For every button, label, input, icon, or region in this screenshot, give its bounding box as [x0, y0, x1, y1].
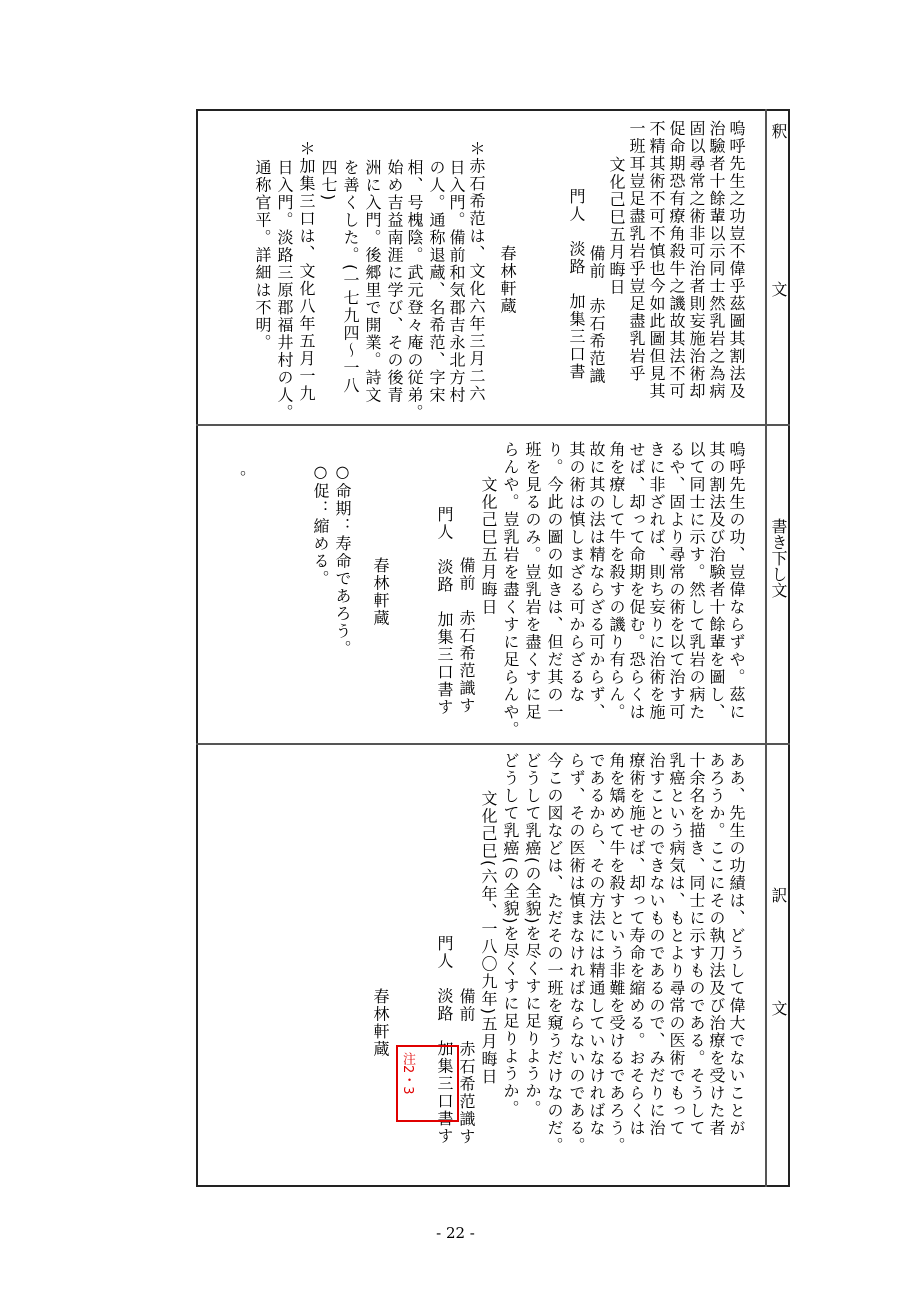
signature-line: 備前 赤石希范識す	[457, 557, 476, 715]
text-column: 以て同士に示す。然して乳岩の病た	[687, 441, 706, 721]
footnote-column: ＊加集三口は、文化八年五月一九	[297, 140, 316, 403]
text-column: 嗚呼先生之功豈不偉乎茲圖其割法及	[727, 120, 746, 400]
text-column: 十余名を描き、同士に示すものである。そうして	[687, 752, 706, 1137]
collection-mark: 春林軒蔵	[371, 988, 390, 1058]
text-column: 其の割法及び治験者十餘輩を圖し、	[707, 441, 726, 721]
footnote-column: の人。通称退蔵、名希范、字宋	[427, 159, 446, 404]
signature-line: 備前 赤石希范識す	[457, 988, 476, 1146]
annotation-note-label: 注2・3	[400, 1052, 414, 1095]
text-column: 嗚呼先生の功、豈偉ならずや。茲に	[727, 441, 746, 721]
signature-line: 備前 赤石希范識	[587, 245, 606, 385]
text-column: るや、固より尋常の術を以て治す可	[667, 441, 686, 721]
row-label-top: 訳	[769, 887, 787, 903]
text-column: らず、その医術は慎まなければならないのである。	[567, 752, 586, 1155]
text-column: 一班耳豈足盡乳岩乎豈足盡乳岩乎	[627, 120, 646, 383]
label-column-divider	[765, 109, 767, 1187]
row-label-bottom: 文	[769, 1000, 787, 1016]
gloss-note: ○命期：寿命であろう。	[333, 462, 352, 658]
footnote-column: 通称官平。詳細は不明。	[253, 159, 272, 352]
text-column: 治驗者十餘輩以示同士然乳岩之為病	[707, 120, 726, 400]
collection-mark: 春林軒蔵	[498, 245, 517, 315]
row-label: 書き下し文	[769, 518, 787, 598]
date-line: 文化己巳五月晦日	[479, 476, 498, 616]
date-line: 文化己巳(六年、一八〇九年)五月晦日	[479, 790, 498, 1085]
text-column: 固以尋常之術非可治者則妄施治術却	[687, 120, 706, 400]
gloss-note: ○促：縮める。	[311, 462, 330, 588]
text-column: 角を矯めて牛を殺すという非難を受けるであろう。	[607, 752, 626, 1155]
footnote-column: 相、号槐陰。武元登々庵の従弟。	[405, 159, 424, 422]
text-column: ああ、先生の功績は、どうして偉大でないことが	[727, 752, 746, 1137]
text-column: 療術を施せば、却って寿命を縮める。おそらくは	[627, 752, 646, 1137]
text-column: 故に其の法は精ならざる可からず、	[587, 441, 606, 721]
text-column: 治すことのできないものであるので、みだりに治	[647, 752, 666, 1137]
collection-mark: 春林軒蔵	[371, 557, 390, 627]
text-column: あろうか。ここにその執刀法及び治療を受けた者	[707, 752, 726, 1137]
text-column: 角を療して牛を殺すの譏り有らん。	[607, 441, 626, 721]
text-column: 不精其術不可不慎也今如此圖但見其	[647, 120, 666, 400]
text-column: 班を見るのみ。豈乳岩を盡くすに足	[523, 441, 542, 721]
text-column: 其の術は慎しまざる可からざるな	[567, 441, 586, 704]
footnote-column: 始め吉益南涯に学び、その後青	[385, 159, 404, 404]
row-divider-1	[196, 424, 790, 426]
text-column: 乳癌という病気は、もとより尋常の医術でもって	[667, 752, 686, 1137]
text-column: どうして乳癌(の全貌)を尽くすに足りようか。	[523, 752, 542, 1117]
footnote-column: ＊赤石希范は、文化六年三月二六	[467, 140, 486, 403]
footnote-column: 洲に入門。後郷里で開業。詩文	[363, 159, 382, 404]
footnote-column: 日入門。淡路三原郡福井村の人。	[275, 159, 294, 422]
text-column: せば、却って命期を促む。恐らくは	[627, 441, 646, 721]
signature-line: 門人 淡路 加集三口書	[567, 188, 586, 381]
row-divider-2	[196, 743, 790, 745]
footnote-column: を善くした。(一七九四～一八	[341, 159, 360, 394]
footnote-column: 四七)	[319, 159, 338, 202]
signature-line: 門人 淡路 加集三口書す	[435, 506, 454, 716]
date-line: 文化己巳五月晦日	[607, 156, 626, 296]
text-column: 今この図などは、ただその一班を窺うだけなのだ。	[545, 752, 564, 1155]
text-column: らんや。豈乳岩を盡くすに足らんや。	[501, 441, 520, 739]
stray-mark: 。	[228, 470, 247, 488]
text-column: きに非ざれば、則ち妄りに治術を施	[647, 441, 666, 721]
row-label-top: 釈	[769, 123, 787, 139]
page-number: - 22 -	[0, 1224, 911, 1242]
text-column: 促命期恐有療角殺牛之譏故其法不可	[667, 120, 686, 400]
text-column: であるから、その方法には精通していなければな	[587, 752, 606, 1137]
footnote-column: 日入門。備前和気郡吉永北方村	[447, 159, 466, 404]
text-column: り。今此の圖の如きは、但だ其の一	[545, 441, 564, 721]
text-column: どうして乳癌(の全貌)を尽くすに足りようか。	[501, 752, 520, 1117]
row-label-bottom: 文	[769, 281, 787, 297]
